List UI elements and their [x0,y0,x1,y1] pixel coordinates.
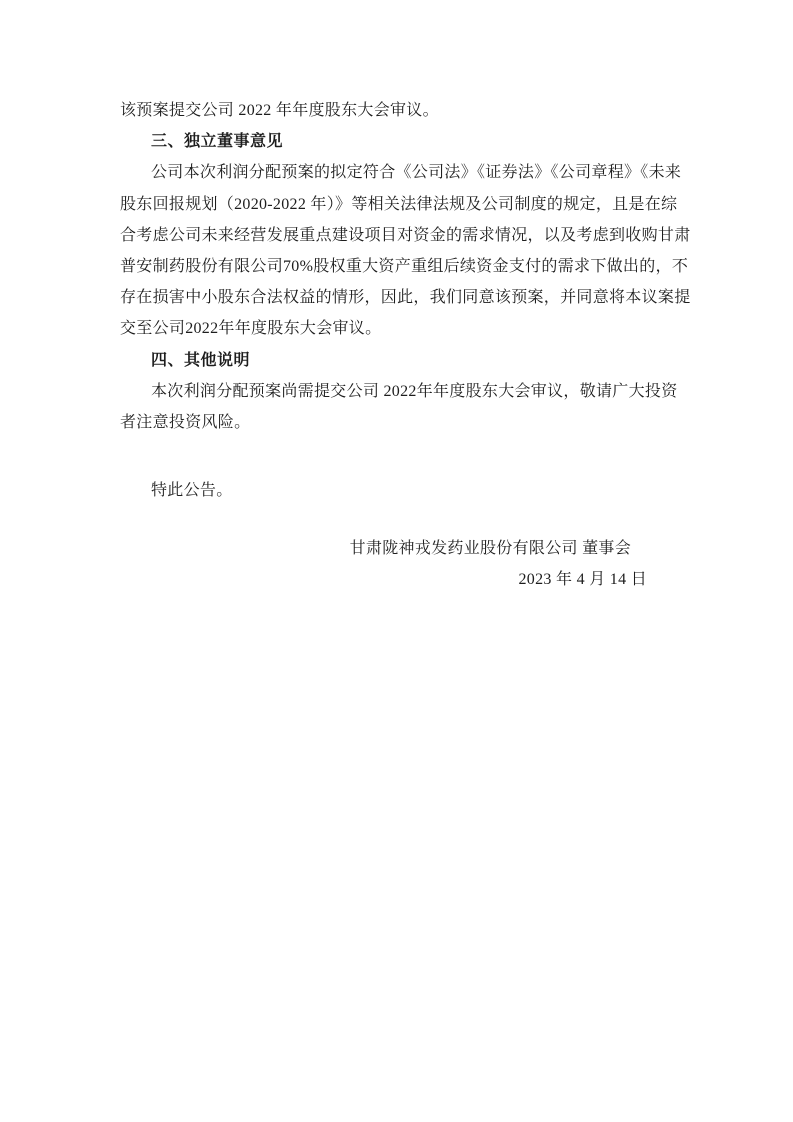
paragraph-line: 交至公司2022年年度股东大会审议。 [120,313,676,344]
section-heading-other-notes: 四、其他说明 [120,345,676,376]
paragraph-line: 股东回报规划（2020-2022 年）》等相关法律法规及公司制度的规定，且是在综 [120,189,676,220]
paragraph-line: 普安制药股份有限公司70%股权重大资产重组后续资金支付的需求下做出的，不 [120,251,676,282]
paragraph-line: 公司本次利润分配预案的拟定符合《公司法》《证券法》《公司章程》《未来 [120,157,676,188]
signature-date: 2023 年 4 月 14 日 [120,564,676,595]
signature-block: 甘肃陇神戎发药业股份有限公司 董事会 2023 年 4 月 14 日 [120,533,676,595]
signature-company-board: 甘肃陇神戎发药业股份有限公司 董事会 [120,533,676,564]
paragraph-line: 存在损害中小股东合法权益的情形，因此，我们同意该预案，并同意将本议案提 [120,282,676,313]
section-heading-independent-directors-opinion: 三、独立董事意见 [120,126,676,157]
paragraph-line: 者注意投资风险。 [120,407,676,438]
paragraph-line: 合考虑公司未来经营发展重点建设项目对资金的需求情况，以及考虑到收购甘肃 [120,220,676,251]
document-text-block: 该预案提交公司 2022 年年度股东大会审议。 三、独立董事意见 公司本次利润分… [120,95,676,596]
closing-announcement-line: 特此公告。 [120,475,676,506]
body-line-continuation: 该预案提交公司 2022 年年度股东大会审议。 [120,95,676,126]
document-page: 该预案提交公司 2022 年年度股东大会审议。 三、独立董事意见 公司本次利润分… [0,0,793,1122]
paragraph-line: 本次利润分配预案尚需提交公司 2022年年度股东大会审议，敬请广大投资 [120,376,676,407]
